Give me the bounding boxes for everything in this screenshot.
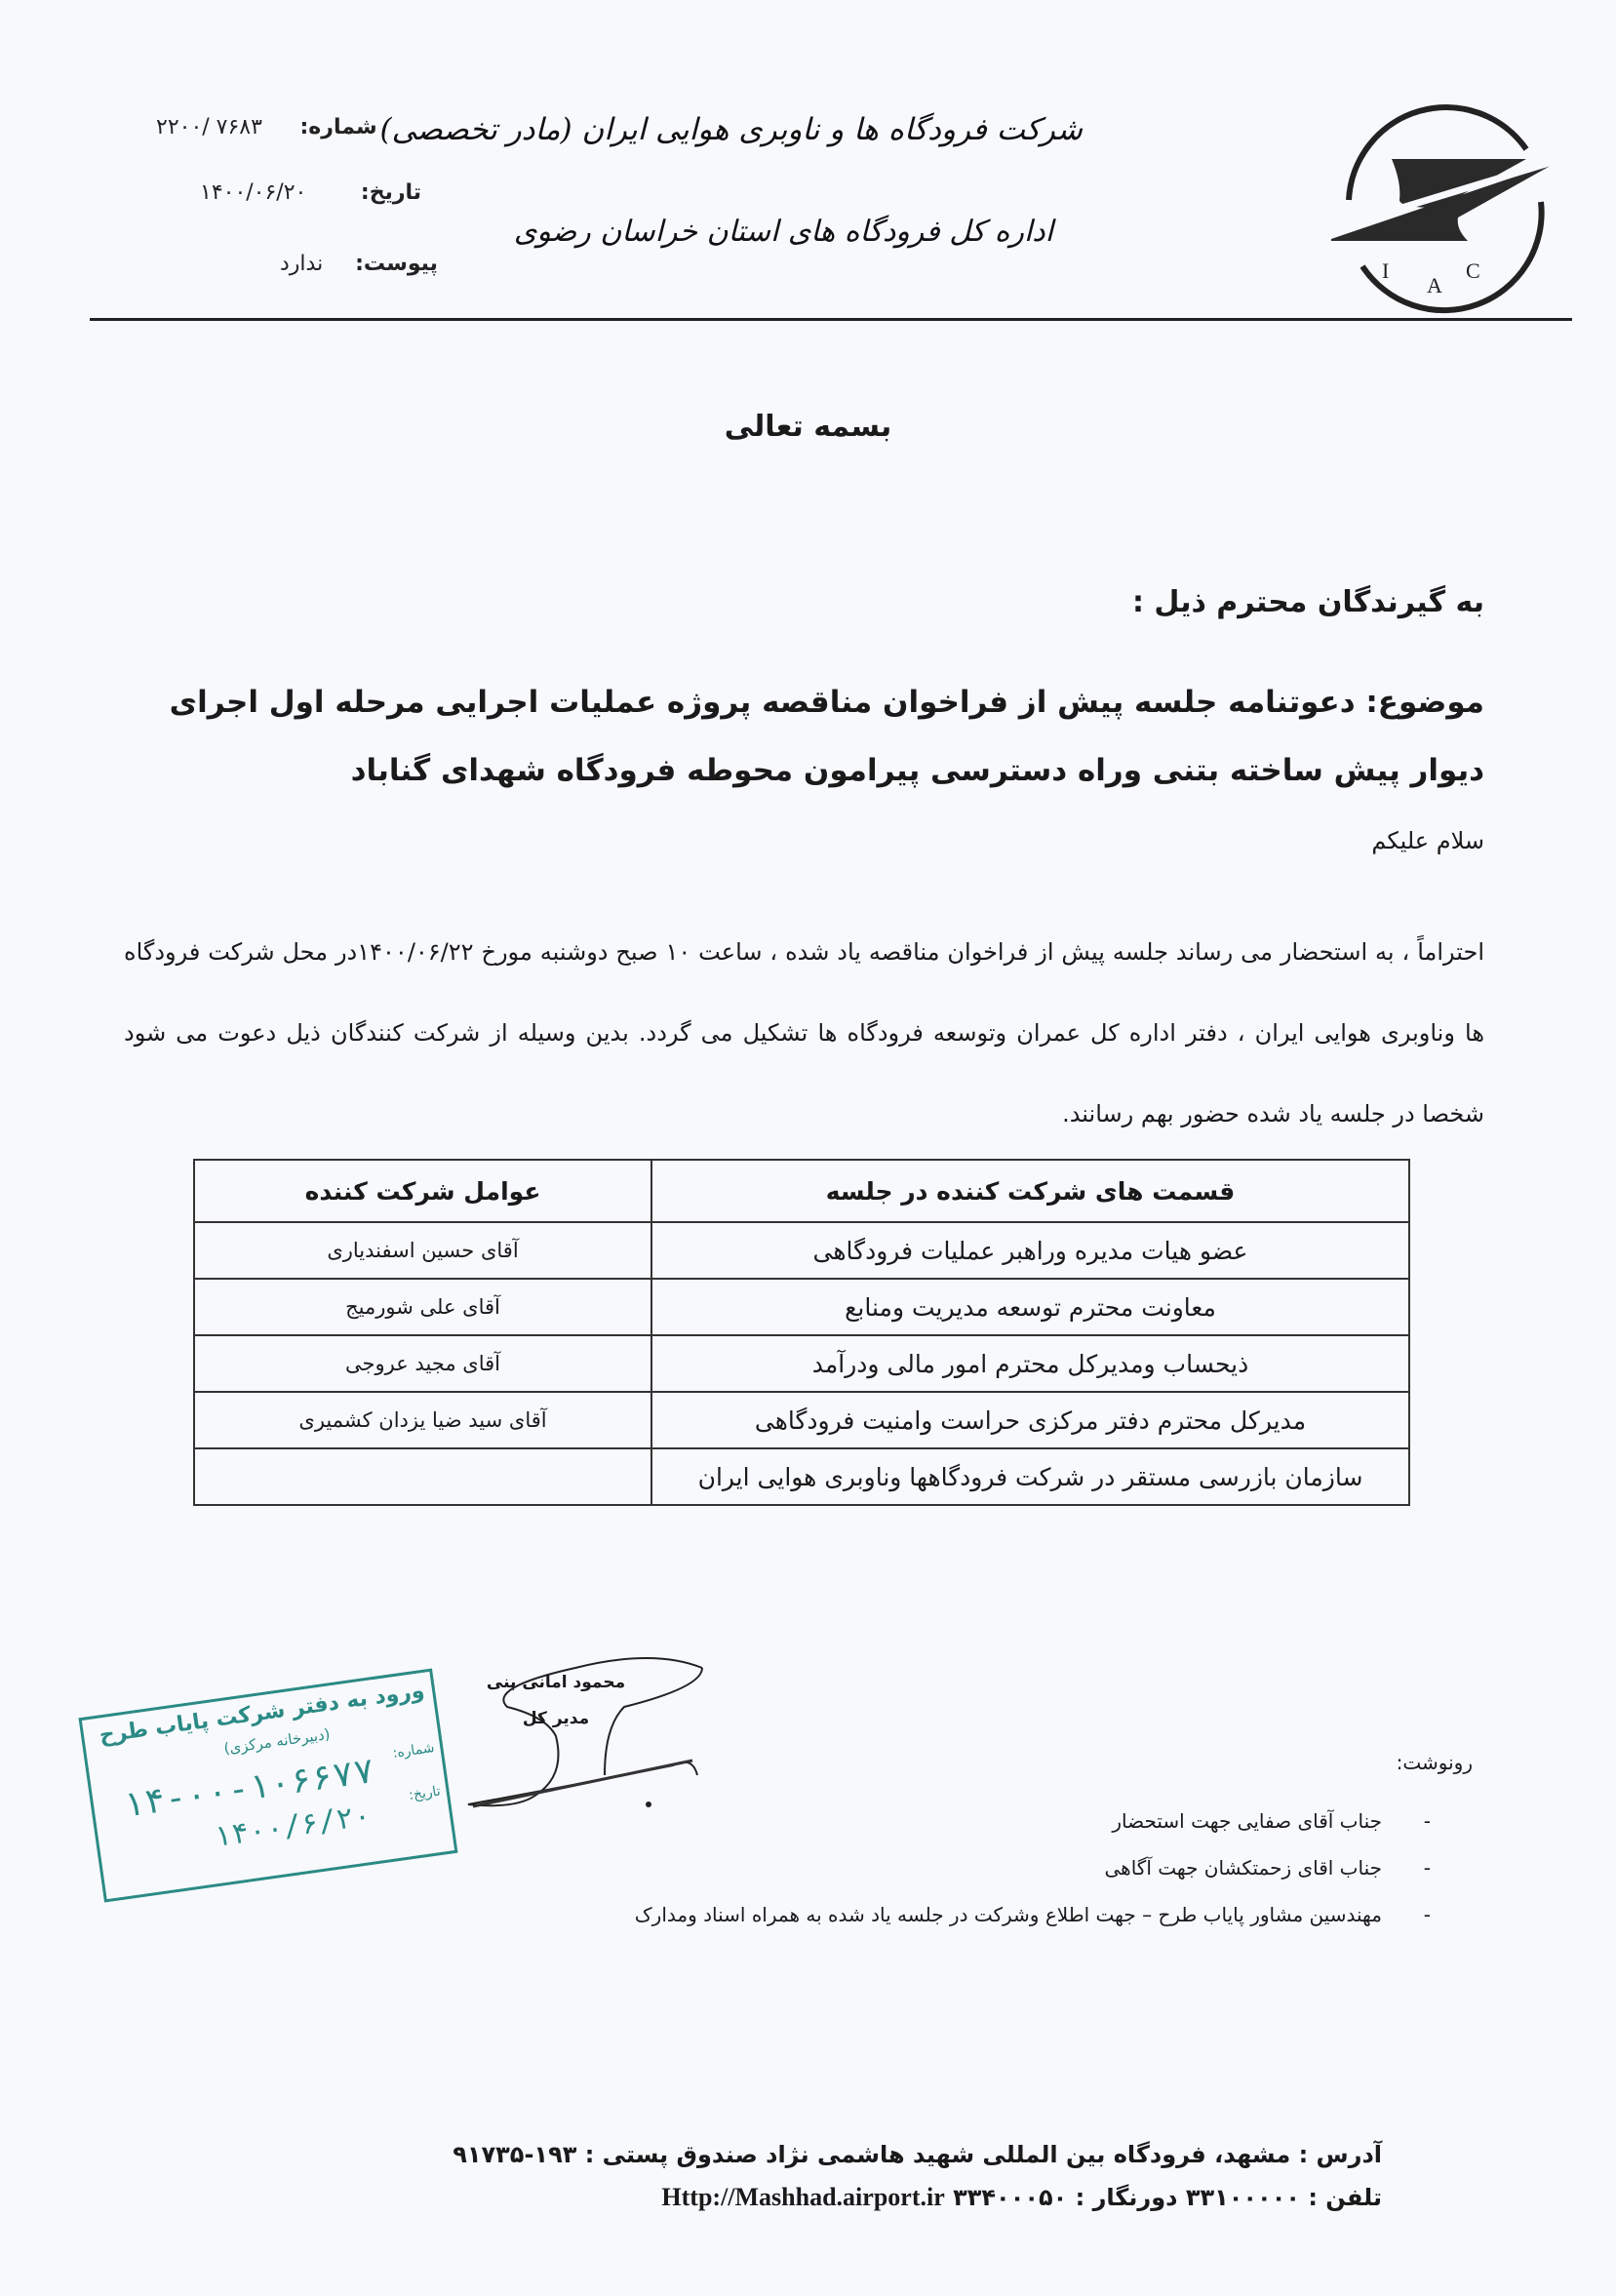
- attachment-value: ندارد: [280, 252, 323, 276]
- svg-text:C: C: [1466, 258, 1480, 283]
- letter-number: شماره: ۷۶۸۳ /۲۲۰۰: [156, 115, 377, 139]
- cc-item: -جناب آقای صفایی جهت استحضار: [635, 1809, 1382, 1856]
- signatory-title: مدیر کل: [483, 1709, 629, 1728]
- company-name: شرکت فرودگاه ها و ناوبری هوایی ایران (ما…: [585, 112, 1083, 147]
- dash-bullet-icon: -: [1424, 1809, 1431, 1833]
- footer-url[interactable]: Http://Mashhad.airport.ir: [661, 2183, 944, 2211]
- attachment-label: پیوست:: [331, 252, 438, 276]
- letter-attachment: پیوست: ندارد: [280, 252, 438, 276]
- column-header-section: قسمت های شرکت کننده در جلسه: [651, 1160, 1409, 1222]
- table-row: مدیرکل محترم دفتر مرکزی حراست وامنیت فرو…: [194, 1392, 1409, 1448]
- attendee-cell: آقای علی شورمیج: [194, 1279, 651, 1335]
- footer-contact: تلفن : ۳۳۱۰۰۰۰۰ دورنگار : ۳۳۴۰۰۰۵۰ Http:…: [661, 2183, 1382, 2212]
- recipients-heading: به گیرندگان محترم ذیل :: [1132, 585, 1484, 619]
- table-row: معاونت محترم توسعه مدیریت ومنابع آقای عل…: [194, 1279, 1409, 1335]
- section-cell: عضو هیات مدیره وراهبر عملیات فرودگاهی: [651, 1222, 1409, 1279]
- iac-logo-icon: I A C: [1331, 93, 1565, 317]
- salutation: سلام علیکم: [1371, 827, 1484, 854]
- section-cell: ذیحساب ومدیرکل محترم امور مالی ودرآمد: [651, 1335, 1409, 1392]
- table-row: سازمان بازرسی مستقر در شرکت فرودگاهها ون…: [194, 1448, 1409, 1505]
- attendee-cell: آقای مجید عروجی: [194, 1335, 651, 1392]
- section-cell: مدیرکل محترم دفتر مرکزی حراست وامنیت فرو…: [651, 1392, 1409, 1448]
- dash-bullet-icon: -: [1424, 1856, 1431, 1880]
- table-row: عضو هیات مدیره وراهبر عملیات فرودگاهی آق…: [194, 1222, 1409, 1279]
- stamp-number-label: شماره:: [392, 1740, 436, 1762]
- section-cell: سازمان بازرسی مستقر در شرکت فرودگاهها ون…: [651, 1448, 1409, 1505]
- stamp-date-label: تاریخ:: [408, 1784, 441, 1803]
- attendee-cell: آقای حسین اسفندیاری: [194, 1222, 651, 1279]
- table-header-row: قسمت های شرکت کننده در جلسه عوامل شرکت ک…: [194, 1160, 1409, 1222]
- section-cell: معاونت محترم توسعه مدیریت ومنابع: [651, 1279, 1409, 1335]
- number-value: ۷۶۸۳ /۲۲۰۰: [156, 115, 262, 139]
- date-value: ۱۴۰۰/۰۶/۲۰: [200, 180, 306, 205]
- table-row: ذیحساب ومدیرکل محترم امور مالی ودرآمد آق…: [194, 1335, 1409, 1392]
- column-header-attendee: عوامل شرکت کننده: [194, 1160, 651, 1222]
- attendees-table: قسمت های شرکت کننده در جلسه عوامل شرکت ک…: [193, 1159, 1410, 1506]
- iac-logo: I A C: [1331, 93, 1565, 317]
- attendee-cell: [194, 1448, 651, 1505]
- footer-address: آدرس : مشهد، فرودگاه بین المللی شهید هاش…: [453, 2141, 1382, 2168]
- dash-bullet-icon: -: [1424, 1903, 1431, 1926]
- cc-item: -مهندسین مشاور پایاب طرح – جهت اطلاع وشر…: [635, 1903, 1382, 1950]
- department-name: اداره کل فرودگاه های استان خراسان رضوی: [624, 215, 1053, 249]
- svg-text:A: A: [1427, 273, 1442, 297]
- date-label: تاریخ:: [314, 180, 421, 205]
- letter-body: احتراماً ، به استحضار می رساند جلسه پیش …: [124, 912, 1484, 1155]
- cc-item: -جناب اقای زحمتکشان جهت آگاهی: [635, 1856, 1382, 1903]
- bismillah-heading: بسمه تعالی: [0, 410, 1616, 444]
- stamp-subtitle: (دبیرخانه مرکزی): [222, 1725, 331, 1758]
- number-label: شماره:: [270, 115, 377, 139]
- signatory-name: محمود امانی بنی: [483, 1673, 629, 1692]
- subject-line: موضوع: دعوتنامه جلسه پیش از فراخوان مناق…: [119, 668, 1484, 805]
- footer-phone: تلفن : ۳۳۱۰۰۰۰۰ دورنگار : ۳۳۴۰۰۰۵۰: [953, 2184, 1382, 2211]
- header-divider: [90, 318, 1572, 321]
- svg-text:I: I: [1382, 258, 1389, 283]
- cc-list: -جناب آقای صفایی جهت استحضار -جناب اقای …: [635, 1809, 1382, 1950]
- cc-heading: رونوشت:: [1397, 1751, 1473, 1774]
- letter-date: تاریخ: ۱۴۰۰/۰۶/۲۰: [200, 180, 421, 205]
- attendee-cell: آقای سید ضیا یزدان کشمیری: [194, 1392, 651, 1448]
- received-stamp: ورود به دفتر شرکت پایاب طرح (دبیرخانه مر…: [78, 1668, 457, 1902]
